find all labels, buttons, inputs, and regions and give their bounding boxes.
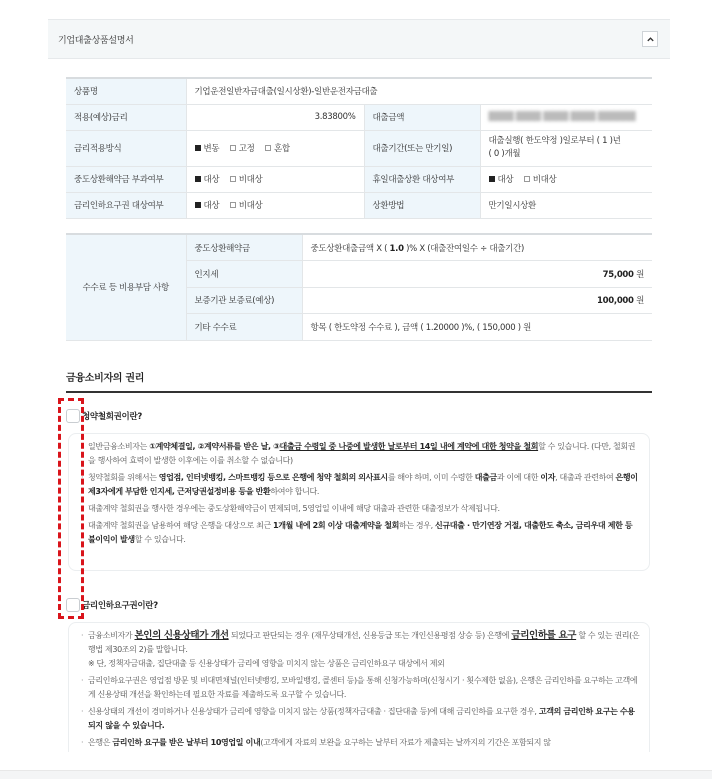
rate-cut-options: 대상 비대상 (186, 192, 364, 218)
period-value: 대출실행( 한도약정 )일로부터 ( 1 )년 ( 0 )개월 (480, 130, 652, 166)
table-row: 금리적용방식 변동 고정 혼합 대출기간(또는 만기일) 대출실행( 한도약정 … (66, 130, 652, 166)
rate-cut-right-checkbox[interactable] (66, 598, 80, 612)
checked-square-icon (195, 145, 201, 151)
option-floating: 변동 (195, 144, 220, 154)
empty-square-icon (524, 176, 530, 182)
empty-square-icon (230, 202, 236, 208)
prepay-fee-label: 중도상환해약금 부과여부 (66, 166, 186, 192)
option-mixed: 혼합 (265, 144, 290, 154)
rate-cut-right-content: 금융소비자가 본인의 신용상태가 개선 되었다고 판단되는 경우 (재무상태개선… (68, 622, 650, 772)
amount-value-blurred: ████ ████ ████ ████ ██████ (489, 112, 636, 122)
fee-value: 100,000 원 (302, 287, 652, 314)
repay-method-value: 만기일시상환 (480, 192, 652, 218)
fee-group-label: 수수료 등 비용부담 사항 (66, 234, 186, 340)
table-row: 수수료 등 비용부담 사항 중도상환해약금 중도상환대출금액 X ( 1.0 )… (66, 234, 652, 261)
withdrawal-right-label: 청약철회권이란? (82, 410, 142, 422)
withdrawal-right-content: 일반금융소비자는 ①계약체결일, ②계약서류를 받은 날, ③대출금 수령일 중… (68, 433, 650, 571)
fee-value: 항목 ( 한도약정 수수료 ), 금액 ( 1.20000 )%, ( 150,… (302, 314, 652, 341)
rate-method-label: 금리적용방식 (66, 130, 186, 166)
collapse-button[interactable] (642, 31, 658, 47)
rate-cut-right-toggle[interactable]: 금리인하요구권이란? (66, 598, 158, 612)
fee-label: 인지세 (186, 261, 302, 288)
period-label: 대출기간(또는 만기일) (364, 130, 480, 166)
rate-cut-label: 금리인하요구권 대상여부 (66, 192, 186, 218)
rate-value: 3.83800% (186, 104, 364, 130)
option-fixed: 고정 (230, 144, 255, 154)
checked-square-icon (195, 202, 201, 208)
table-row: 중도상환해약금 부과여부 대상 비대상 휴일대출상환 대상여부 대상 비대상 (66, 166, 652, 192)
rate-label: 적용(예상)금리 (66, 104, 186, 130)
empty-square-icon (230, 145, 236, 151)
table-row: 상품명 기업운전일반자금대출(일시상환)-일반운전자금대출 (66, 78, 652, 104)
chevron-up-icon (646, 35, 655, 44)
checked-square-icon (489, 176, 495, 182)
amount-label: 대출금액 (364, 104, 480, 130)
bottom-bar (0, 770, 712, 779)
table-row: 적용(예상)금리 3.83800% 대출금액 ████ ████ ████ ██… (66, 104, 652, 130)
fee-label: 보증기관 보증료(예상) (186, 287, 302, 314)
panel-title: 기업대출상품설명서 (58, 33, 134, 46)
fee-label: 기타 수수료 (186, 314, 302, 341)
product-name-label: 상품명 (66, 78, 186, 104)
rate-method-options: 변동 고정 혼합 (186, 130, 364, 166)
product-name-value: 기업운전일반자금대출(일시상환)-일반운전자금대출 (186, 78, 652, 104)
empty-square-icon (230, 176, 236, 182)
rate-cut-right-label: 금리인하요구권이란? (82, 599, 158, 611)
empty-square-icon (265, 145, 271, 151)
fee-label: 중도상환해약금 (186, 234, 302, 261)
fee-table: 수수료 등 비용부담 사항 중도상환해약금 중도상환대출금액 X ( 1.0 )… (66, 233, 652, 341)
divider (66, 391, 652, 393)
checked-square-icon (195, 176, 201, 182)
loan-info-table: 상품명 기업운전일반자금대출(일시상환)-일반운전자금대출 적용(예상)금리 3… (66, 77, 652, 219)
product-description-header: 기업대출상품설명서 (48, 19, 670, 59)
repay-method-label: 상환방법 (364, 192, 480, 218)
table-row: 금리인하요구권 대상여부 대상 비대상 상환방법 만기일시상환 (66, 192, 652, 218)
fee-value: 중도상환대출금액 X ( 1.0 )% X (대출잔여일수 ÷ 대출기간) (302, 234, 652, 261)
fee-value: 75,000 원 (302, 261, 652, 288)
holiday-repay-options: 대상 비대상 (480, 166, 652, 192)
prepay-fee-options: 대상 비대상 (186, 166, 364, 192)
holiday-repay-label: 휴일대출상환 대상여부 (364, 166, 480, 192)
withdrawal-right-checkbox[interactable] (66, 409, 80, 423)
withdrawal-right-toggle[interactable]: 청약철회권이란? (66, 409, 142, 423)
consumer-rights-title: 금융소비자의 권리 (66, 369, 144, 384)
